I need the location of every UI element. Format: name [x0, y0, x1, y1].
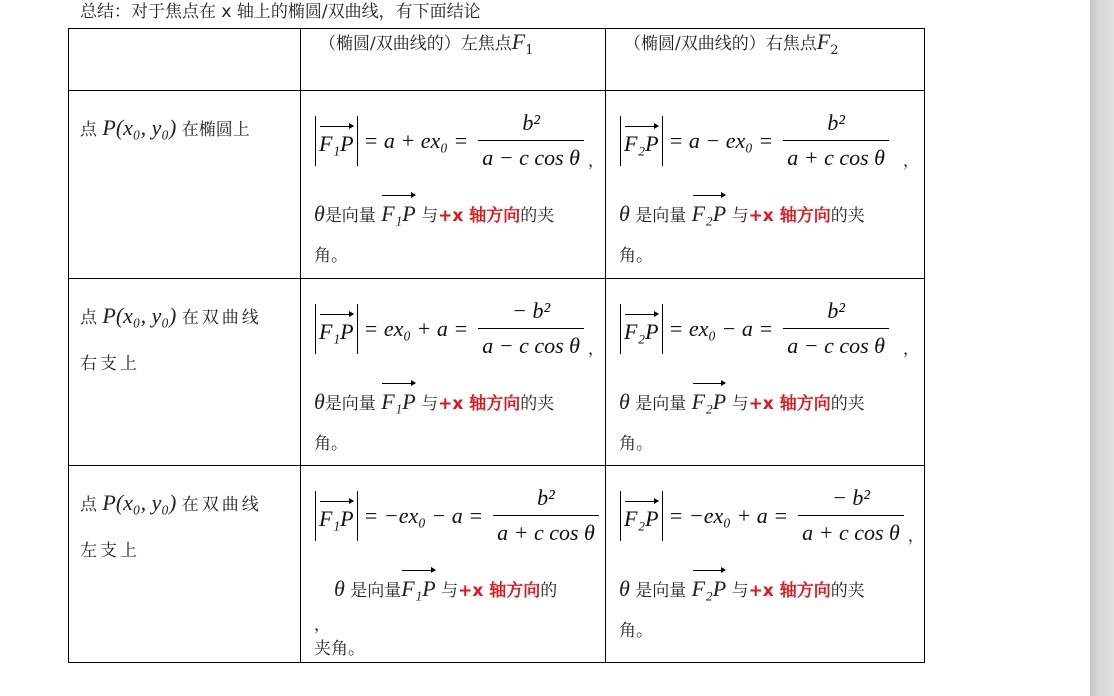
numerator: b²	[533, 483, 559, 515]
condition-cell: 点 P(x₀, y₀) 在双曲线 右支上	[69, 279, 301, 466]
axis-highlight: +x 轴方向	[749, 581, 831, 601]
cond-prefix: 点	[80, 120, 97, 140]
vector-f1p: F₁P	[319, 491, 354, 547]
condition-cell: 点 P(x₀, y₀) 在双曲线 左支上	[69, 466, 301, 663]
point-p: P(x₀, y₀)	[102, 303, 176, 328]
vector-f1p: F₁P	[319, 304, 354, 360]
desc-tail: 角。	[314, 427, 605, 461]
numerator: − b²	[828, 483, 874, 515]
axis-highlight: +x 轴方向	[749, 394, 831, 414]
stray-comma: ，	[314, 614, 605, 636]
f2-subscript: 2	[830, 43, 838, 58]
right-focus-cell: F₂P = ex₀ − a = b² a − c cos θ ， θ 是向量 F…	[606, 279, 925, 466]
denominator: a + c cos θ	[783, 140, 889, 175]
focal-radius-formula: F₁P = a + ex₀ = b² a − c cos θ ，	[315, 105, 605, 177]
focal-radius-formula: F₁P = −ex₀ − a = b² a + c cos θ	[315, 480, 605, 552]
desc-text: 与	[732, 206, 749, 226]
denominator: a + c cos θ	[493, 515, 599, 550]
denominator: a − c cos θ	[783, 328, 889, 363]
comma: ，	[588, 336, 604, 359]
focal-radius-formula: F₂P = ex₀ − a = b² a − c cos θ ，	[620, 293, 924, 365]
comma: ，	[903, 148, 919, 171]
formula-expression: = a + ex₀ =	[358, 128, 475, 154]
vector-f2p: F₂P	[624, 116, 659, 172]
vertical-scrollbar[interactable]	[1090, 0, 1114, 696]
f1-subscript: 1	[525, 43, 533, 58]
theta-symbol: θ	[314, 389, 325, 414]
desc-tail: 角。	[619, 614, 924, 648]
denominator: a − c cos θ	[478, 328, 584, 363]
left-focus-cell: F₁P = a + ex₀ = b² a − c cos θ ， θ是向量 F₁…	[301, 91, 606, 279]
comma: ，	[588, 148, 604, 171]
axis-highlight: +x 轴方向	[438, 206, 520, 226]
axis-highlight: +x 轴方向	[458, 581, 540, 601]
header-right-focus-label: （椭圆/双曲线的）右焦点	[624, 34, 817, 54]
desc-text: 与	[732, 581, 749, 601]
cond-prefix: 点	[80, 495, 97, 515]
desc-tail: 夹角。	[314, 636, 605, 662]
axis-highlight: +x 轴方向	[438, 394, 520, 414]
theta-symbol: θ	[334, 576, 345, 601]
cond-suffix: 在椭圆上	[182, 120, 250, 140]
left-focus-cell: F₁P = −ex₀ − a = b² a + c cos θ θ 是向量F₁P…	[301, 466, 606, 663]
desc-text: 的	[540, 581, 557, 601]
denominator: a − c cos θ	[478, 140, 584, 175]
point-p: P(x₀, y₀)	[102, 490, 176, 515]
fraction: b² a + c cos θ	[783, 108, 889, 175]
fraction: b² a + c cos θ	[493, 483, 599, 550]
desc-text: 的夹	[831, 394, 865, 414]
theta-symbol: θ	[619, 576, 630, 601]
formula-expression: = ex₀ − a =	[663, 316, 780, 342]
right-focus-cell: F₂P = a − ex₀ = b² a + c cos θ ， θ 是向量 F…	[606, 91, 925, 279]
left-focus-cell: F₁P = ex₀ + a = − b² a − c cos θ ， θ是向量 …	[301, 279, 606, 466]
table-row-hyperbola-right: 点 P(x₀, y₀) 在双曲线 右支上 F₁P = ex₀ + a = − b…	[69, 279, 925, 466]
axis-highlight: +x 轴方向	[749, 206, 831, 226]
comma: ，	[908, 523, 924, 546]
denominator: a + c cos θ	[798, 515, 904, 550]
header-left-focus-label: （椭圆/双曲线的）左焦点	[319, 34, 512, 54]
desc-text: 是向量	[635, 394, 686, 414]
desc-text: 是向量	[635, 581, 686, 601]
formula-expression: = ex₀ + a =	[358, 316, 475, 342]
desc-text: 是向量	[325, 206, 376, 226]
vector-f2p: F₂P	[692, 379, 727, 425]
angle-description: θ是向量 F₁P 与+x 轴方向的夹	[314, 379, 605, 427]
vector-f2p: F₂P	[624, 304, 659, 360]
vector-f1p: F₁P	[381, 379, 416, 425]
cond-prefix: 点	[80, 308, 97, 328]
cond-suffix: 在双曲线	[182, 495, 262, 515]
desc-text: 是向量	[350, 581, 401, 601]
vector-f1p: F₁P	[401, 566, 436, 612]
desc-text: 与	[421, 394, 438, 414]
cond-suffix: 在双曲线	[182, 308, 262, 328]
desc-text: 的夹	[520, 206, 554, 226]
vector-f2p: F₂P	[692, 566, 727, 612]
point-p: P(x₀, y₀)	[102, 115, 176, 140]
cond-line2: 右支上	[80, 354, 140, 374]
header-right-focus: （椭圆/双曲线的）右焦点F2	[606, 29, 925, 91]
numerator: b²	[823, 296, 849, 328]
condition-cell: 点 P(x₀, y₀) 在椭圆上	[69, 91, 301, 279]
comma: ，	[903, 336, 919, 359]
desc-tail: 角。	[619, 239, 924, 273]
numerator: b²	[518, 108, 544, 140]
angle-description: θ 是向量F₁P 与+x 轴方向的	[334, 566, 605, 614]
angle-description: θ 是向量 F₂P 与+x 轴方向的夹	[619, 566, 924, 614]
vector-f1p: F₁P	[381, 191, 416, 237]
vector-f1p: F₁P	[319, 116, 354, 172]
header-empty-cell	[69, 29, 301, 91]
desc-tail: 角。	[619, 427, 924, 461]
numerator: b²	[823, 108, 849, 140]
summary-heading: 总结：对于焦点在 x 轴上的椭圆/双曲线，有下面结论	[80, 1, 481, 23]
angle-description: θ 是向量 F₂P 与+x 轴方向的夹	[619, 379, 924, 427]
header-left-focus: （椭圆/双曲线的）左焦点F1	[301, 29, 606, 91]
formula-expression: = −ex₀ + a =	[663, 503, 795, 529]
document-page: 总结：对于焦点在 x 轴上的椭圆/双曲线，有下面结论 （椭圆/双曲线的）左焦点F…	[0, 0, 1090, 696]
angle-description: θ 是向量 F₂P 与+x 轴方向的夹	[619, 191, 924, 239]
angle-description: θ是向量 F₁P 与+x 轴方向的夹	[314, 191, 605, 239]
focal-radius-formula: F₂P = −ex₀ + a = − b² a + c cos θ ，	[620, 480, 924, 552]
right-focus-cell: F₂P = −ex₀ + a = − b² a + c cos θ ， θ 是向…	[606, 466, 925, 663]
desc-text: 与	[441, 581, 458, 601]
vector-f2p: F₂P	[692, 191, 727, 237]
table-row-ellipse: 点 P(x₀, y₀) 在椭圆上 F₁P = a + ex₀ = b² a − …	[69, 91, 925, 279]
desc-text: 的夹	[520, 394, 554, 414]
desc-text: 是向量	[635, 206, 686, 226]
numerator: − b²	[508, 296, 554, 328]
desc-text: 与	[421, 206, 438, 226]
focal-radius-table: （椭圆/双曲线的）左焦点F1 （椭圆/双曲线的）右焦点F2 点 P(x₀, y₀…	[68, 28, 925, 663]
desc-text: 的夹	[831, 581, 865, 601]
focal-radius-formula: F₁P = ex₀ + a = − b² a − c cos θ ，	[315, 293, 605, 365]
fraction: b² a − c cos θ	[783, 296, 889, 363]
table-row-hyperbola-left: 点 P(x₀, y₀) 在双曲线 左支上 F₁P = −ex₀ − a = b²…	[69, 466, 925, 663]
formula-expression: = −ex₀ − a =	[358, 503, 490, 529]
desc-text: 与	[732, 394, 749, 414]
theta-symbol: θ	[619, 201, 630, 226]
theta-symbol: θ	[314, 201, 325, 226]
formula-expression: = a − ex₀ =	[663, 128, 780, 154]
f2-symbol: F	[817, 29, 830, 54]
desc-text: 的夹	[831, 206, 865, 226]
vector-f2p: F₂P	[624, 491, 659, 547]
fraction: − b² a + c cos θ	[798, 483, 904, 550]
desc-text: 是向量	[325, 394, 376, 414]
focal-radius-formula: F₂P = a − ex₀ = b² a + c cos θ ，	[620, 105, 924, 177]
theta-symbol: θ	[619, 389, 630, 414]
desc-tail: 角。	[314, 239, 605, 273]
cond-line2: 左支上	[80, 541, 140, 561]
fraction: − b² a − c cos θ	[478, 296, 584, 363]
f1-symbol: F	[512, 29, 525, 54]
fraction: b² a − c cos θ	[478, 108, 584, 175]
table-header-row: （椭圆/双曲线的）左焦点F1 （椭圆/双曲线的）右焦点F2	[69, 29, 925, 91]
